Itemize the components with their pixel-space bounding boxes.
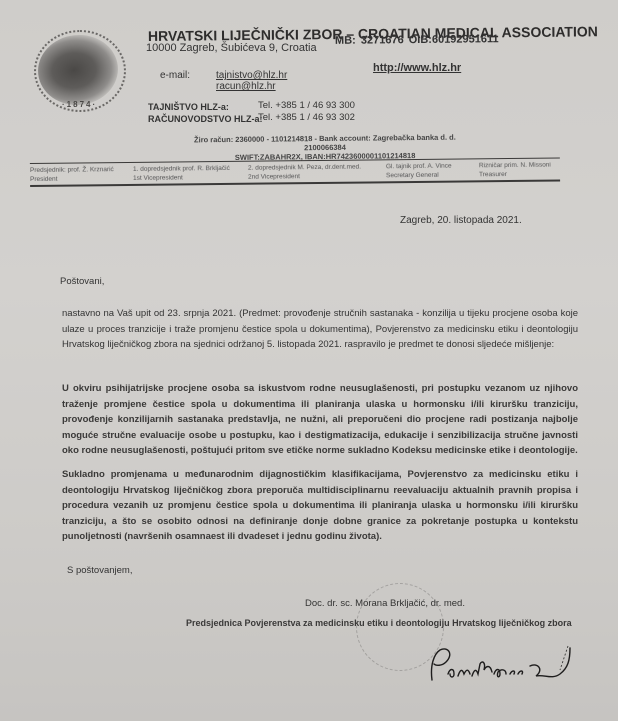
letter-date: Zagreb, 20. listopada 2021.	[400, 215, 522, 226]
official-title: Secretary General	[386, 170, 479, 180]
official-vicepresident-2: 2. dopredsjednik M. Peza, dr.dent.med. 2…	[248, 160, 386, 182]
officials-bar: Predsjednik: prof. Ž. Krznarić President…	[30, 157, 560, 187]
official-title: Treasurer	[479, 169, 559, 179]
office-phones: Tel. +385 1 / 46 93 300 Tel. +385 1 / 46…	[258, 100, 355, 124]
signer-role: Predsjednica Povjerenstva za medicinsku …	[186, 618, 572, 628]
official-name: Rizničar prim. N. Missoni	[479, 160, 559, 170]
letter-paragraph-recommendation: Sukladno promjenama u međunarodnim dijag…	[62, 467, 578, 545]
letter-closing: S poštovanjem,	[67, 565, 132, 576]
office-label-accounting: RAČUNOVODSTVO HLZ-a:	[148, 113, 263, 125]
website-link[interactable]: http://www.hlz.hr	[373, 62, 461, 74]
office-phone-secretariat: Tel. +385 1 / 46 93 300	[258, 100, 355, 112]
office-label-secretariat: TAJNIŠTVO HLZ-a:	[148, 101, 263, 113]
official-title: President	[30, 174, 133, 184]
signer-name: Doc. dr. sc. Morana Brkljačić, dr. med.	[305, 598, 465, 609]
official-treasurer: Rizničar prim. N. Missoni Treasurer	[479, 158, 559, 180]
official-secretary-general: Gl. tajnik prof. A. Vince Secretary Gene…	[386, 159, 479, 181]
seal-year: ·1874·	[62, 100, 97, 109]
email-label: e-mail:	[160, 70, 190, 81]
official-title: 1st Vicepresident	[133, 173, 248, 183]
email-link-racun[interactable]: racun@hlz.hr	[216, 81, 276, 92]
email-link-tajnistvo[interactable]: tajnistvo@hlz.hr	[216, 70, 287, 81]
official-title: 2nd Vicepresident	[248, 171, 386, 181]
official-president: Predsjednik: prof. Ž. Krznarić President	[30, 163, 133, 185]
letter-paragraph-opinion: U okviru psihijatrijske procjene osoba s…	[62, 381, 578, 459]
office-labels: TAJNIŠTVO HLZ-a: RAČUNOVODSTVO HLZ-a:	[148, 101, 263, 125]
letter-greeting: Poštovani,	[60, 276, 104, 287]
letter-paragraph-intro: nastavno na Vaš upit od 23. srpnja 2021.…	[62, 306, 578, 353]
official-vicepresident-1: 1. dopredsjednik prof. R. Brkljačić 1st …	[133, 162, 248, 184]
organization-address: 10000 Zagreb, Šubićeva 9, Croatia	[146, 42, 317, 54]
registry-numbers: MB: 3271676 OIB:60192951611	[335, 33, 499, 47]
letter-page: ·1874· HRVATSKI LIJEČNIČKI ZBOR – CROATI…	[0, 0, 618, 721]
office-phone-accounting: Tel. +385 1 / 46 93 302	[258, 112, 355, 124]
handwritten-signature-icon	[420, 640, 580, 695]
